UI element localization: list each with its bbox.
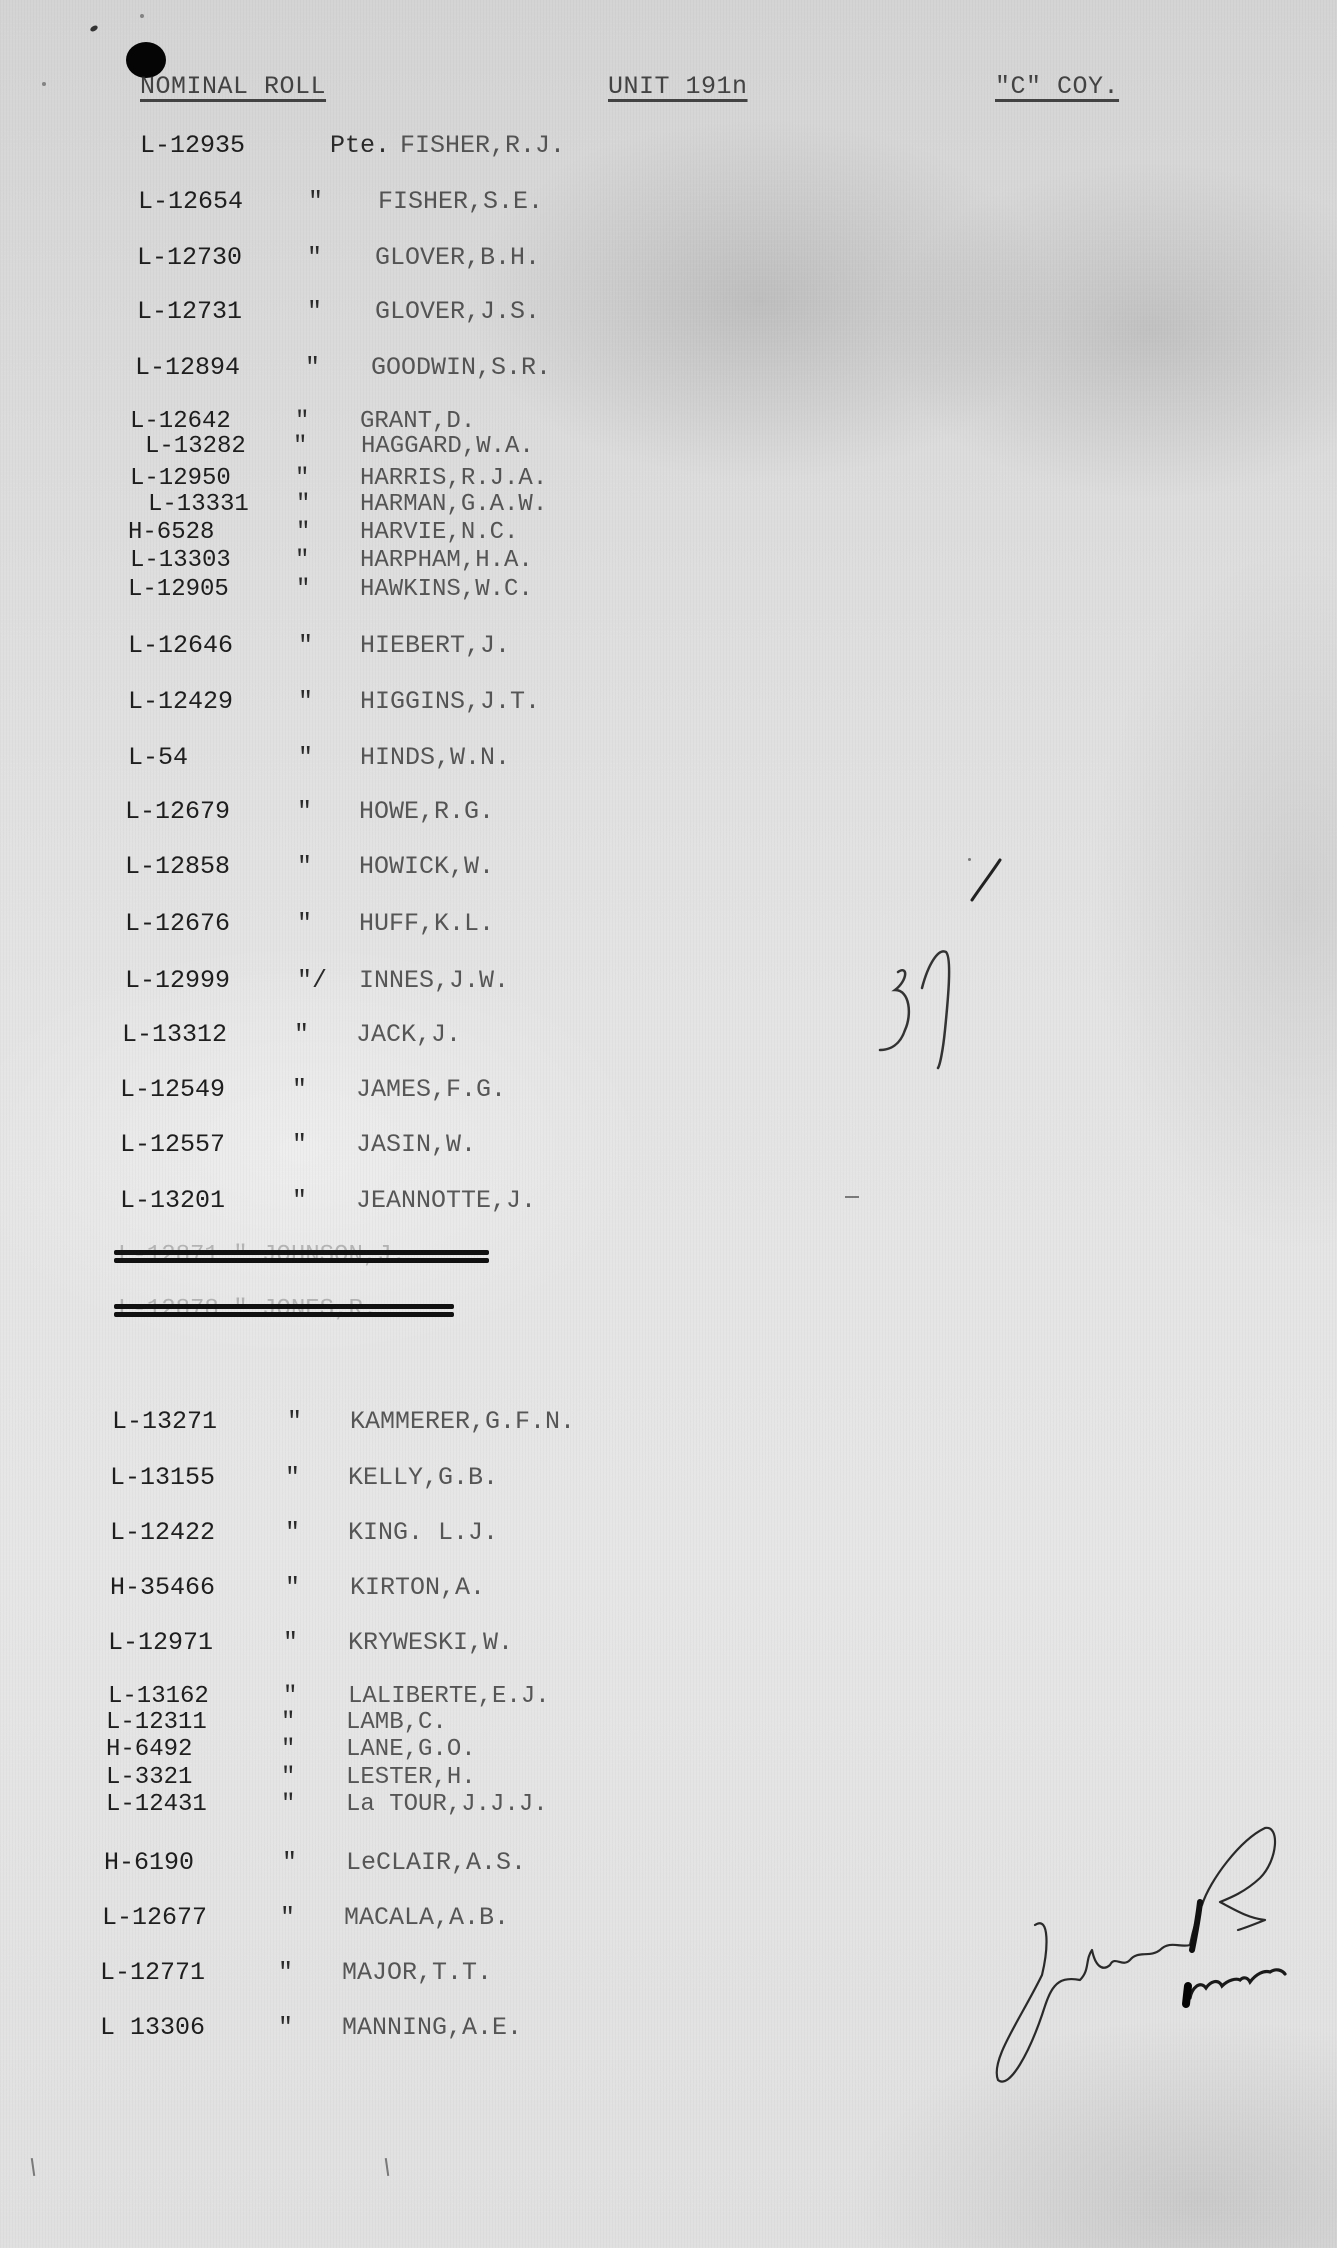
rank: " [282,1850,297,1875]
rank: " [285,1520,300,1545]
strike-line [114,1304,454,1309]
service-number: L-12431 [106,1793,207,1817]
service-number: L-12654 [138,189,243,214]
soldier-name: KING. L.J. [348,1520,498,1545]
soldier-name: HIGGINS,J.T. [360,689,540,714]
soldier-name: HAWKINS,W.C. [360,578,533,602]
ink-speck [968,858,971,861]
roll-title: NOMINAL ROLL [140,72,326,101]
soldier-name: JAMES,F.G. [356,1077,506,1102]
rank: " [283,1630,298,1655]
service-number: L-12677 [102,1905,207,1930]
service-number: L-12950 [130,467,231,491]
service-number: H-35466 [110,1575,215,1600]
rank: " [278,1960,293,1985]
struck-entry-text: L-12871 " JOHNSON,J. [118,1242,406,1269]
soldier-name: KELLY,G.B. [348,1465,498,1490]
strike-line [114,1312,454,1317]
service-number: L-13312 [122,1022,227,1047]
soldier-name: HARPHAM,H.A. [360,549,533,573]
handwritten-count-mark: 37 [850,840,1050,1090]
service-number: L-12549 [120,1077,225,1102]
soldier-name: HUFF,K.L. [359,911,494,936]
rank: " [281,1793,295,1817]
service-number: L-12935 [140,133,245,158]
struck-entry-text: L-12878 " JONES,R. [118,1296,377,1323]
rank: " [281,1766,295,1790]
soldier-name: GRANT,D. [360,410,475,434]
rank: " [278,2015,293,2040]
soldier-name: LeCLAIR,A.S. [346,1850,526,1875]
service-number: L-12646 [128,633,233,658]
service-number: L-12429 [128,689,233,714]
rank: " [295,410,309,434]
rank: " [292,1077,307,1102]
signature-title-text: Major [980,1800,1028,1805]
rank: " [280,1905,295,1930]
soldier-name: KAMMERER,G.F.N. [350,1409,575,1434]
rank: " [285,1575,300,1600]
soldier-name: JACK,J. [356,1022,461,1047]
rank: "/ [297,968,327,993]
service-number: L-12971 [108,1630,213,1655]
rank: " [307,299,322,324]
rank: " [297,799,312,824]
service-number: L-12311 [106,1711,207,1735]
soldier-name: KRYWESKI,W. [348,1630,513,1655]
company-label: "C" COY. [995,72,1119,101]
rank: " [287,1409,302,1434]
service-number: L-13303 [130,549,231,573]
struck-entry: L-12878 " JONES,R. [114,1300,454,1322]
ink-speck [845,1196,859,1198]
soldier-name: HOWICK,W. [359,854,494,879]
service-number: L-12730 [137,245,242,270]
rank: " [293,435,307,459]
soldier-name: LANE,G.O. [346,1738,476,1762]
unit-label: UNIT 191n [608,72,748,101]
rank: " [285,1465,300,1490]
rank: " [295,549,309,573]
soldier-name: MANNING,A.E. [342,2015,522,2040]
rank: " [307,245,322,270]
rank: " [298,633,313,658]
service-number: H-6528 [128,521,214,545]
soldier-name: LESTER,H. [346,1766,476,1790]
service-number: L-12731 [137,299,242,324]
rank: " [295,467,309,491]
soldier-name: MACALA,A.B. [344,1905,509,1930]
soldier-name: HIEBERT,J. [360,633,510,658]
rank: " [281,1711,295,1735]
soldier-name: LAMB,C. [346,1711,447,1735]
service-number: L-12679 [125,799,230,824]
signature: J. McRae Major [980,1800,1320,2100]
service-number: L-12676 [125,911,230,936]
rank: " [294,1022,309,1047]
service-number: L-12422 [110,1520,215,1545]
soldier-name: La TOUR,J.J.J. [346,1793,548,1817]
soldier-name: HAGGARD,W.A. [361,435,534,459]
strike-line [114,1258,489,1263]
service-number: H-6492 [106,1738,192,1762]
rank: " [292,1188,307,1213]
ink-speck [140,14,144,18]
rank: Pte. [330,133,390,158]
service-number: L-13282 [145,435,246,459]
soldier-name: JASIN,W. [356,1132,476,1157]
service-number: L-3321 [106,1766,192,1790]
struck-entry: L-12871 " JOHNSON,J. [114,1246,489,1268]
soldier-name: LALIBERTE,E.J. [348,1685,550,1709]
service-number: L-54 [128,745,188,770]
rank: " [296,578,310,602]
soldier-name: GOODWIN,S.R. [371,355,551,380]
soldier-name: HARVIE,N.C. [360,521,518,545]
service-number: L-13155 [110,1465,215,1490]
service-number: L 13306 [100,2015,205,2040]
soldier-name: FISHER,S.E. [378,189,543,214]
service-number: L-13201 [120,1188,225,1213]
soldier-name: JEANNOTTE,J. [356,1188,536,1213]
service-number: L-12894 [135,355,240,380]
rank: " [308,189,323,214]
rank: " [297,854,312,879]
handwritten-count-text: 37 [850,840,869,845]
rank: " [281,1738,295,1762]
rank: " [296,521,310,545]
service-number: L-13271 [112,1409,217,1434]
soldier-name: HINDS,W.N. [360,745,510,770]
rank: " [283,1685,297,1709]
soldier-name: HARRIS,R.J.A. [360,467,547,491]
service-number: L-12642 [130,410,231,434]
strike-line [114,1250,489,1255]
rank: " [297,911,312,936]
rank: " [298,689,313,714]
soldier-name: KIRTON,A. [350,1575,485,1600]
service-number: L-12905 [128,578,229,602]
soldier-name: HOWE,R.G. [359,799,494,824]
service-number: L-12771 [100,1960,205,1985]
rank: " [292,1132,307,1157]
soldier-name: MAJOR,T.T. [342,1960,492,1985]
soldier-name: GLOVER,B.H. [375,245,540,270]
soldier-name: FISHER,R.J. [400,133,565,158]
service-number: L-12999 [125,968,230,993]
ink-speck [42,82,46,86]
rank: " [296,493,310,517]
rank: " [305,355,320,380]
soldier-name: INNES,J.W. [359,968,509,993]
soldier-name: GLOVER,J.S. [375,299,540,324]
service-number: L-13162 [108,1685,209,1709]
service-number: L-13331 [148,493,249,517]
service-number: H-6190 [104,1850,194,1875]
service-number: L-12858 [125,854,230,879]
soldier-name: HARMAN,G.A.W. [360,493,547,517]
rank: " [298,745,313,770]
service-number: L-12557 [120,1132,225,1157]
